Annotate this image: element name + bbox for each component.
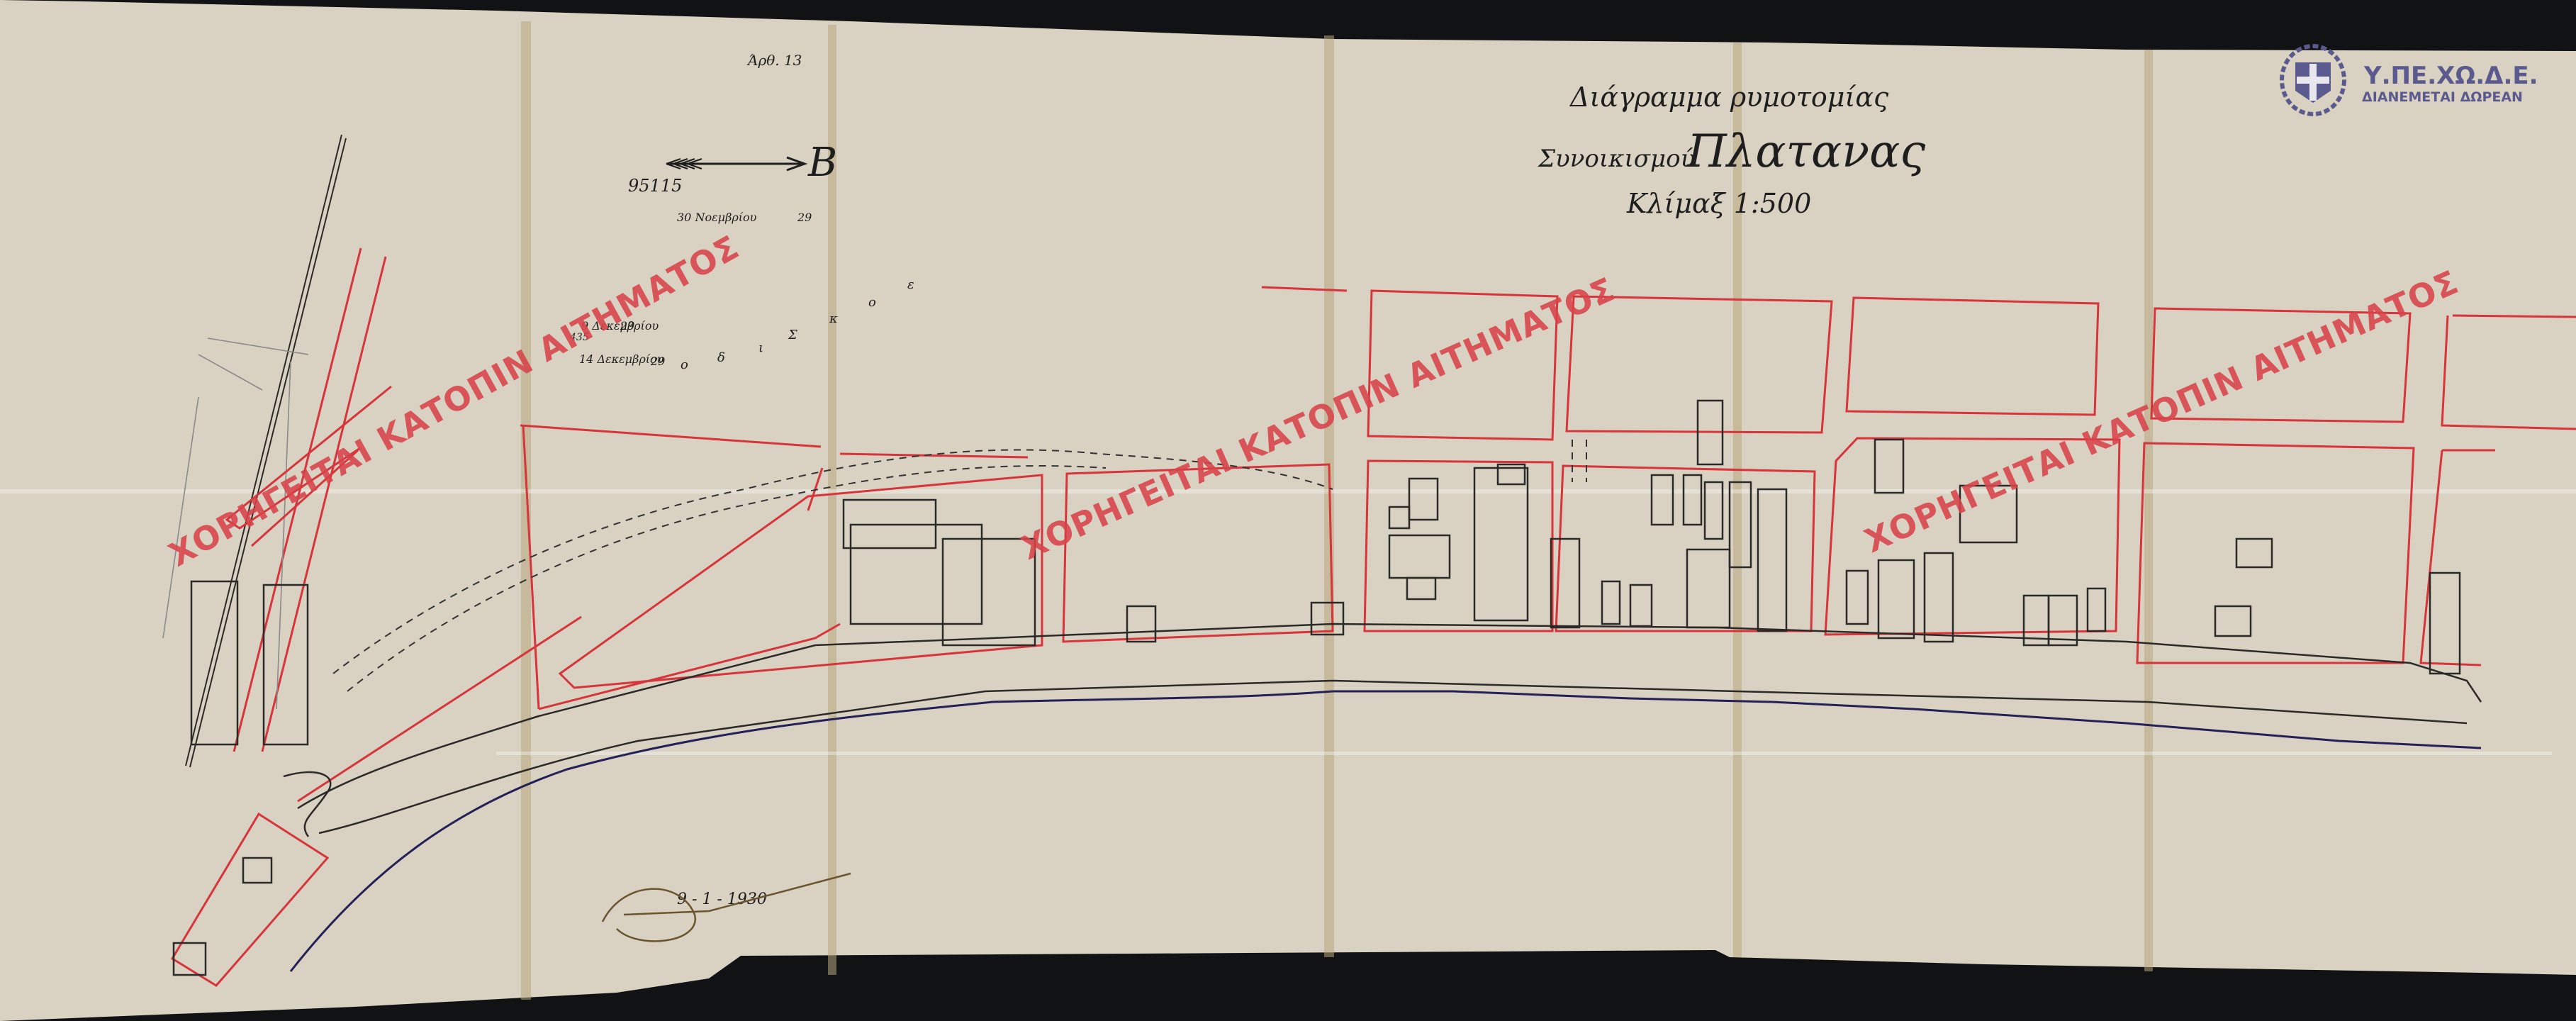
title-line-2-prefix: Συνοικισμού bbox=[1537, 145, 1695, 173]
annotation-14-suffix: 29 bbox=[650, 355, 665, 368]
svg-text:δ: δ bbox=[717, 350, 725, 365]
title-line-2-name: Πλατανας bbox=[1686, 125, 1925, 178]
annotation-30-suffix: 29 bbox=[797, 211, 812, 224]
svg-text:ε: ε bbox=[907, 277, 914, 292]
svg-text:κ: κ bbox=[829, 311, 838, 326]
title-line-1: Διάγραμμα ρυμοτομίας bbox=[1569, 82, 1889, 113]
scale-label: Κλίμαξ 1:500 bbox=[1626, 188, 1811, 219]
agency-name: Υ.ΠΕ.ΧΩ.Δ.Ε. bbox=[2363, 62, 2538, 90]
svg-text:Σ: Σ bbox=[788, 328, 797, 342]
annotation-30-nov: 30 Νοεμβρίου bbox=[677, 211, 757, 224]
top-note: Άρθ. 13 bbox=[746, 52, 802, 69]
svg-text:ο: ο bbox=[868, 295, 876, 310]
north-arrow-label: B bbox=[807, 140, 837, 186]
svg-text:ι: ι bbox=[758, 340, 763, 355]
svg-text:ο: ο bbox=[681, 357, 688, 372]
paper-background bbox=[0, 0, 2576, 1021]
reference-number: 95115 bbox=[628, 176, 682, 196]
free-distribution-notice: ΔΙΑΝΕΜΕΤΑΙ ΔΩΡΕΑΝ bbox=[2362, 89, 2523, 105]
map-sheet: Διάγραμμα ρυμοτομίας Συνοικισμού Πλατανα… bbox=[0, 0, 2576, 1021]
